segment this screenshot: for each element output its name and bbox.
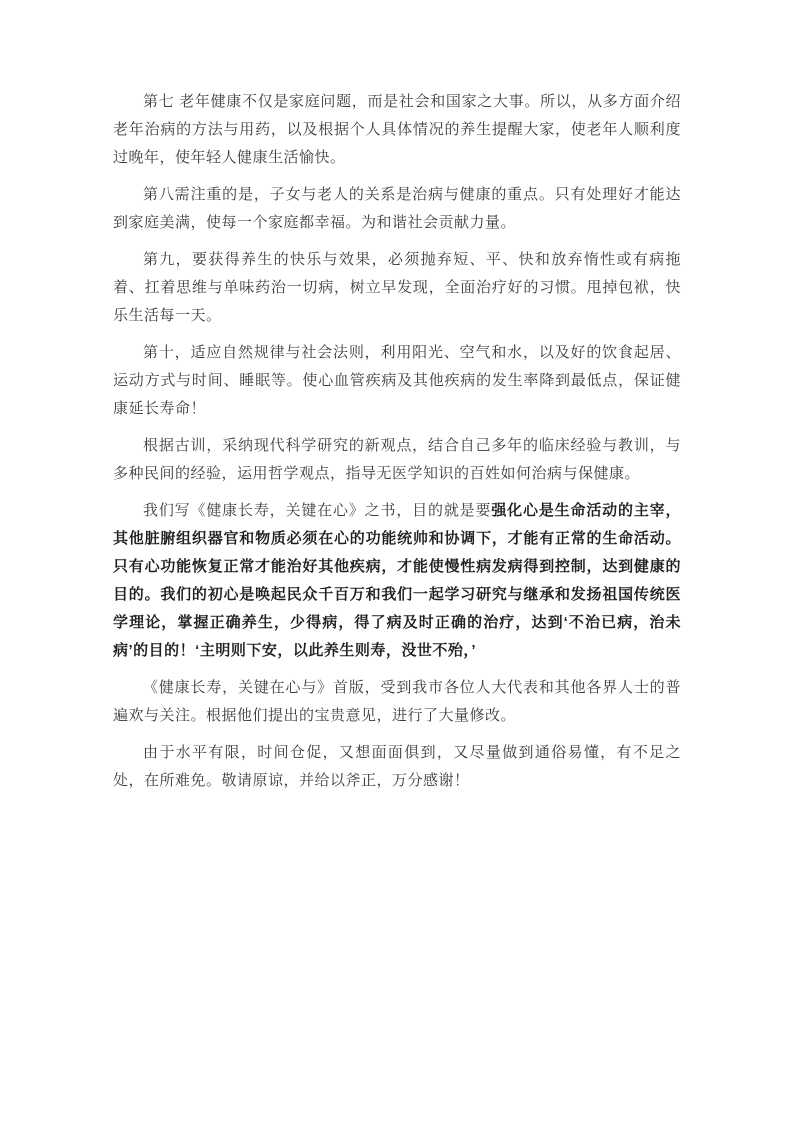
paragraph-point-10: 第十，适应自然规律与社会法则，利用阳光、空气和水，以及好的饮食起居、运动方式与时… bbox=[113, 339, 681, 423]
paragraph-point-7: 第七 老年健康不仅是家庭问题，而是社会和国家之大事。所以，从多方面介绍老年治病的… bbox=[113, 88, 681, 172]
paragraph-book-purpose-bold: 强化心是生命活动的主宰，其他脏腑组织器官和物质必须在心的功能统帅和协调下，才能有… bbox=[113, 502, 681, 659]
paragraph-point-9: 第九，要获得养生的快乐与效果，必须抛弃短、平、快和放弃惰性或有病拖着、扛着思维与… bbox=[113, 246, 681, 330]
document-body: 第七 老年健康不仅是家庭问题，而是社会和国家之大事。所以，从多方面介绍老年治病的… bbox=[113, 88, 681, 795]
paragraph-book-purpose: 我们写《健康长寿，关键在心》之书，目的就是要强化心是生命活动的主宰，其他脏腑组织… bbox=[113, 497, 681, 665]
paragraph-point-8: 第八需注重的是，子女与老人的关系是治病与健康的重点。只有处理好才能达到家庭美满，… bbox=[113, 181, 681, 237]
paragraph-first-edition: 《健康长寿，关键在心与》首版，受到我市各位人大代表和其他各界人士的普遍欢与关注。… bbox=[113, 674, 681, 730]
paragraph-book-purpose-lead: 我们写《健康长寿，关键在心》之书，目的就是要 bbox=[143, 502, 491, 519]
paragraph-ancient-teachings: 根据古训，采纳现代科学研究的新观点，结合自己多年的临床经验与教训，与多种民间的经… bbox=[113, 432, 681, 488]
paragraph-apology: 由于水平有限，时间仓促，又想面面俱到，又尽量做到通俗易懂，有不足之处，在所难免。… bbox=[113, 739, 681, 795]
document-page: 第七 老年健康不仅是家庭问题，而是社会和国家之大事。所以，从多方面介绍老年治病的… bbox=[0, 0, 794, 1123]
